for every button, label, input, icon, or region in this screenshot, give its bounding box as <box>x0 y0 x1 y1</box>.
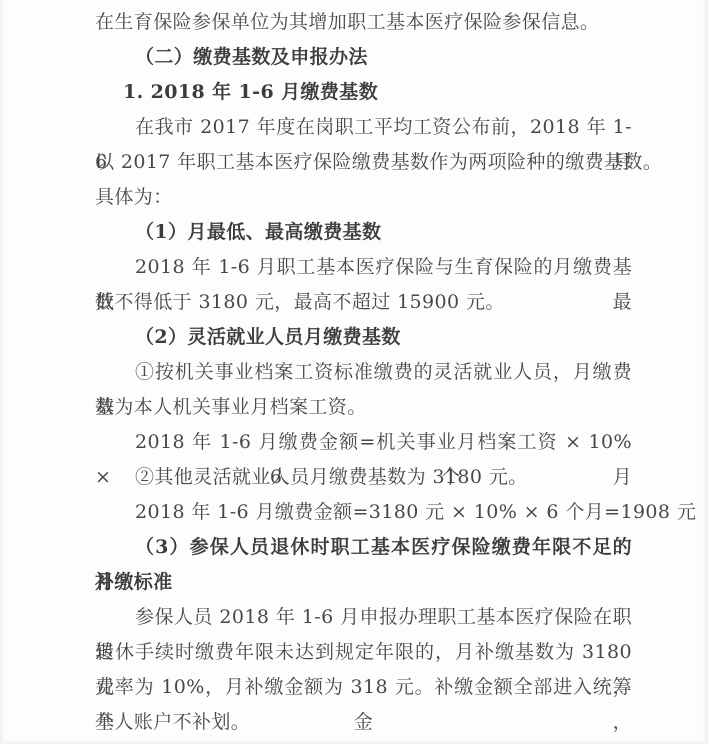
item-heading: （3）参保人员退休时职工基本医疗保险缴费年限不足的月 <box>95 530 632 565</box>
document-page: 在生育保险参保单位为其增加职工基本医疗保险参保信息。 （二）缴费基数及申报办法 … <box>95 5 632 740</box>
text-line: 数为本人机关事业月档案工资。 <box>95 390 632 425</box>
subsection-heading: 1. 2018 年 1-6 月缴费基数 <box>95 75 632 110</box>
text-line: 以 2017 年职工基本医疗保险缴费基数作为两项险种的缴费基数。 <box>95 145 632 180</box>
text-line: ①按机关事业档案工资标准缴费的灵活就业人员，月缴费基 <box>95 355 632 390</box>
text-line: 具体为： <box>95 180 632 215</box>
text-line: 退休手续时缴费年限未达到规定年限的，月补缴基数为 3180 元， <box>95 635 632 670</box>
formula-line: 2018 年 1-6 月缴费金额=机关事业月档案工资 × 10% × 6 个月 <box>95 425 632 460</box>
text-line: 费率为 10%，月补缴金额为 318 元。补缴金额全部进入统筹基金， <box>95 670 632 705</box>
section-heading: （二）缴费基数及申报办法 <box>95 40 632 75</box>
formula-line: 2018 年 1-6 月缴费金额=3180 元 × 10% × 6 个月=190… <box>95 495 632 530</box>
text-line: 在生育保险参保单位为其增加职工基本医疗保险参保信息。 <box>95 5 632 40</box>
text-line: 2018 年 1-6 月职工基本医疗保险与生育保险的月缴费基数最 <box>95 250 632 285</box>
item-heading: （1）月最低、最高缴费基数 <box>95 215 632 250</box>
text-line: 在我市 2017 年度在岗职工平均工资公布前，2018 年 1-6 月 <box>95 110 632 145</box>
scan-edge-right <box>702 0 708 744</box>
item-heading: 补缴标准 <box>95 565 632 600</box>
scan-edge-left <box>0 0 5 744</box>
item-heading: （2）灵活就业人员月缴费基数 <box>95 320 632 355</box>
text-line: 参保人员 2018 年 1-6 月申报办理职工基本医疗保险在职转 <box>95 600 632 635</box>
